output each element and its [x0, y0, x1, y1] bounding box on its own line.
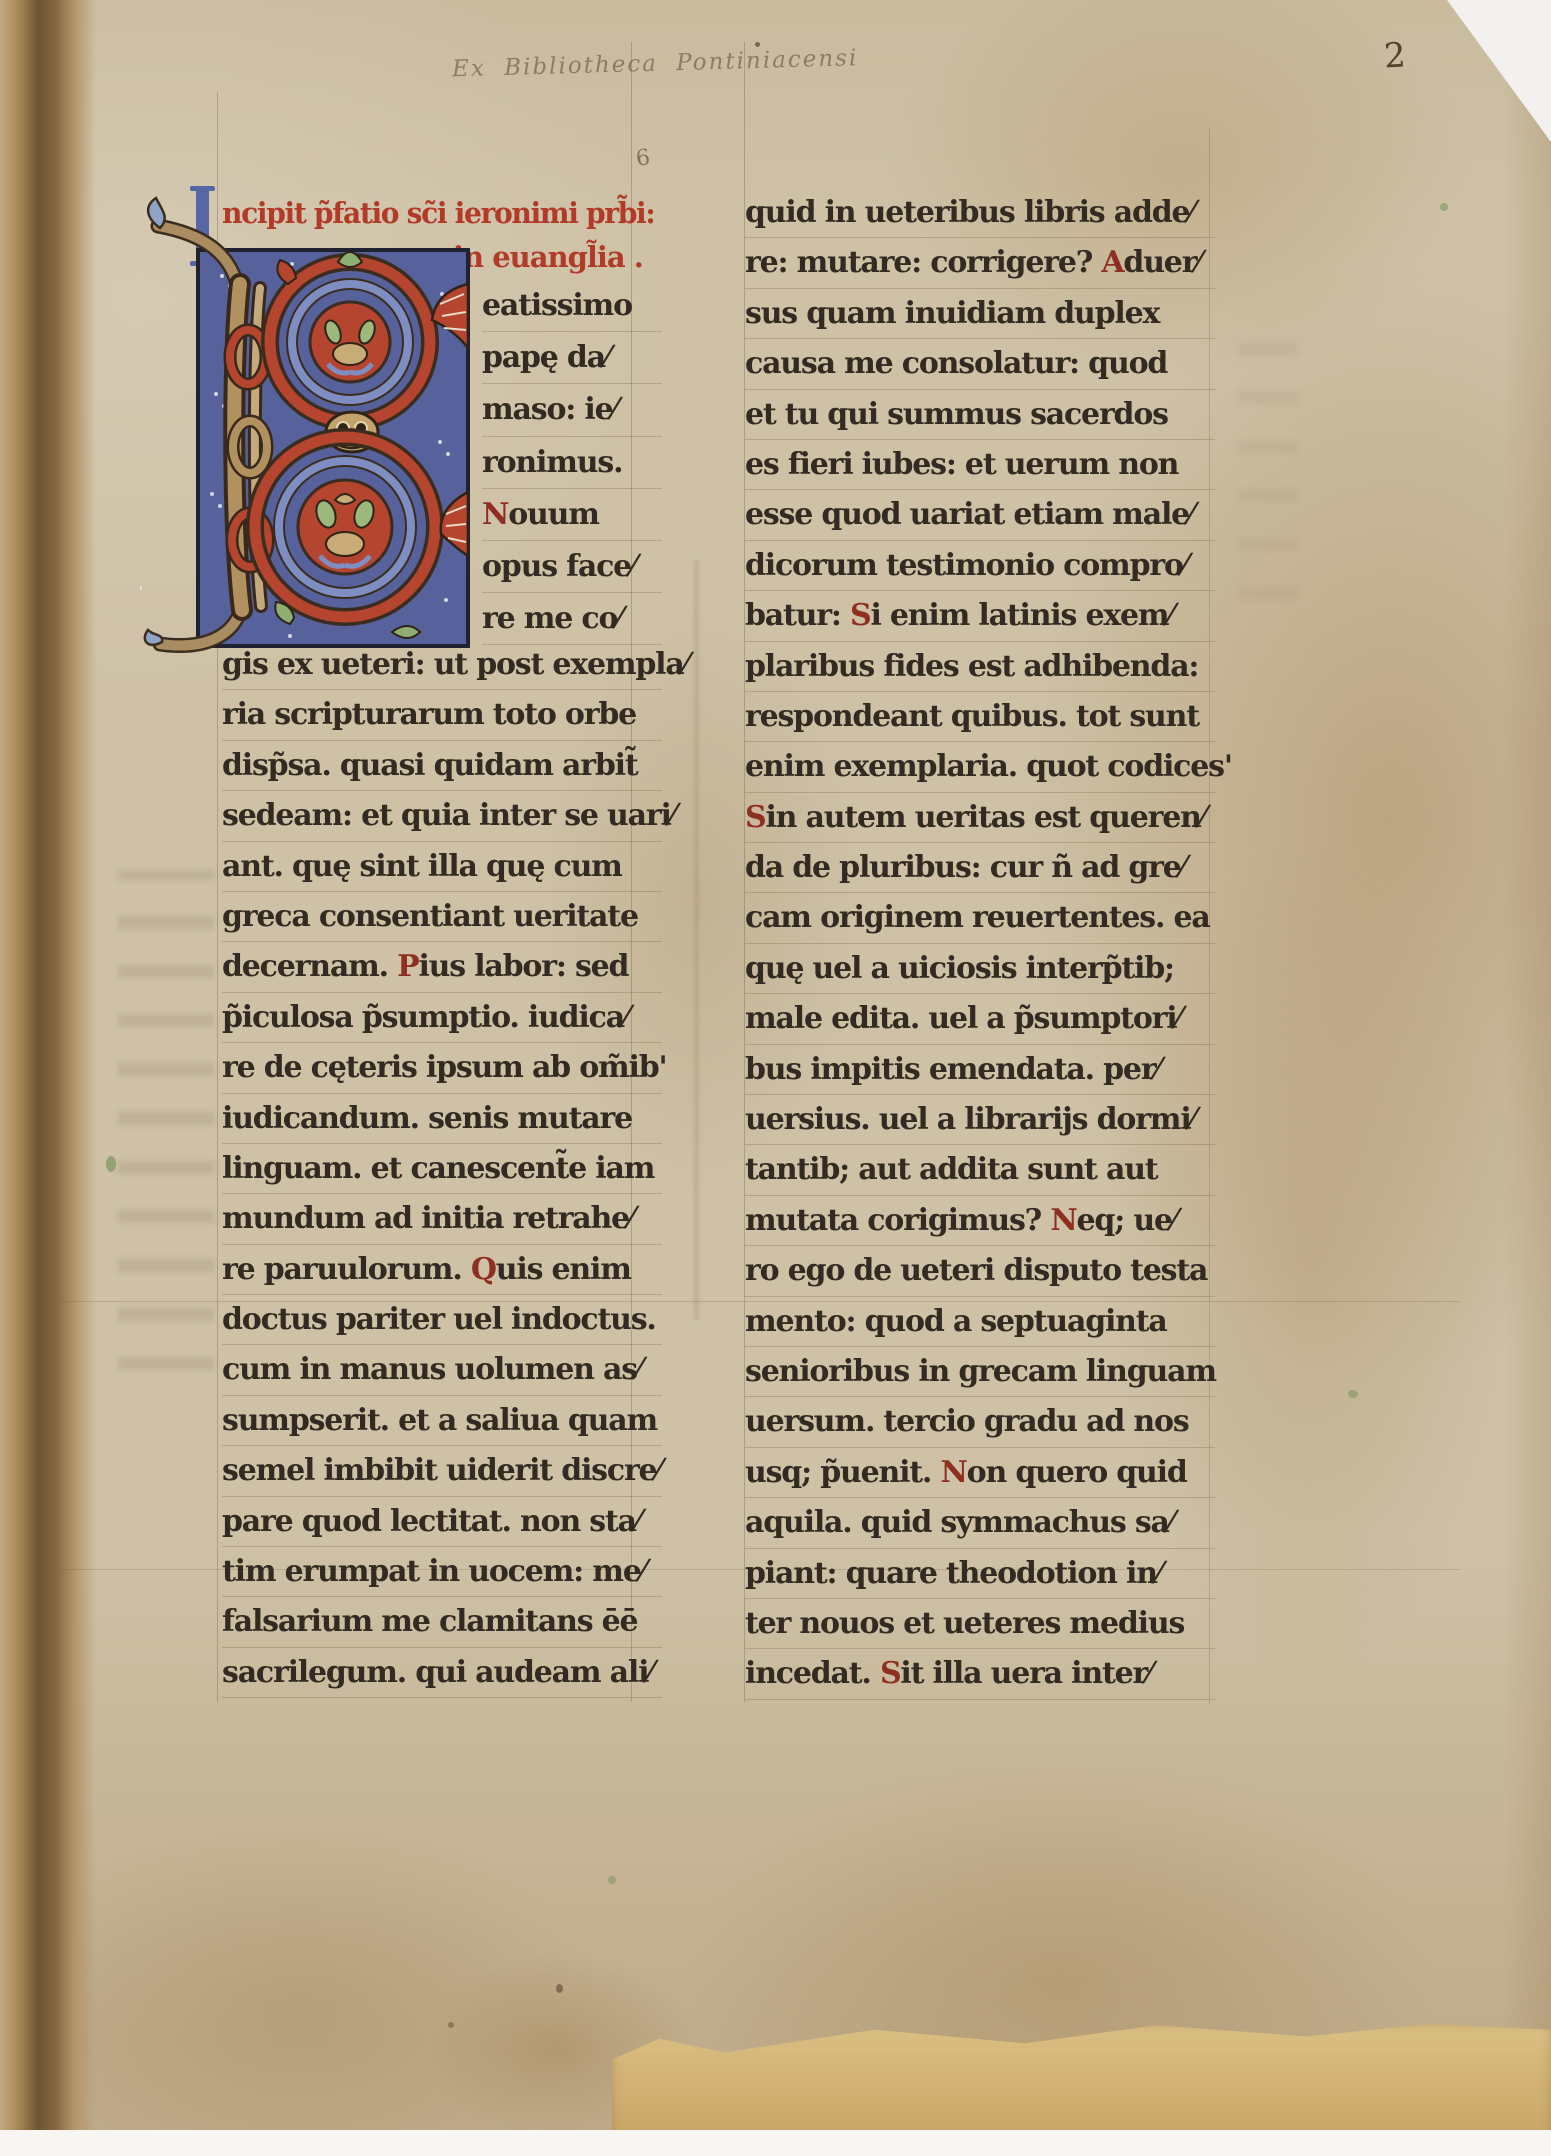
text-line: respondeant quibus. tot sunt [745, 692, 1215, 742]
text-line: ro ego de ueteri disputo testa [745, 1246, 1215, 1296]
illuminated-initial-b-artwork [140, 192, 480, 662]
text-line: pare quod lectitat. non sta⁄ [222, 1497, 662, 1547]
ink-speck [755, 42, 760, 47]
text-line: plaribus fides est adhibenda: [745, 642, 1215, 692]
red-touched-capital: S [745, 800, 765, 835]
red-touched-capital: A [1101, 245, 1123, 280]
text-line: falsarium me clamitans ēē [222, 1597, 662, 1647]
binding-gutter [0, 0, 96, 2130]
text-line: batur: Si enim latinis exem⁄ [745, 591, 1215, 641]
show-through-smudge [1238, 320, 1298, 600]
text-line: et tu qui summus sacerdos [745, 390, 1215, 440]
text-line: esse quod uariat etiam male⁄ [745, 490, 1215, 540]
text-line: enim exemplaria. quot codices' [745, 742, 1215, 792]
text-line: ant. quę sint illa quę cum [222, 842, 662, 892]
text-line: piant: quare theodotion in⁄ [745, 1549, 1215, 1599]
parchment-crease [692, 560, 701, 1320]
text-line: uersum. tercio gradu ad nos [745, 1397, 1215, 1447]
page-corner-deckle-edge [1447, 0, 1551, 142]
manuscript-photo: Ex Bibliotheca Pontiniacensi 2 6 ncipit … [0, 0, 1551, 2156]
illuminated-initial-b [140, 192, 480, 662]
text-line: mento: quod a septuaginta [745, 1297, 1215, 1347]
text-line: re: mutare: corrigere? Aduer⁄ [745, 238, 1215, 288]
green-speck [608, 1876, 616, 1884]
text-line: eatissimo [482, 280, 662, 332]
left-column-indented-lines: eatissimopapę da⁄maso: ie⁄ronimus.Nouumo… [482, 280, 662, 645]
red-touched-capital: Q [471, 1252, 496, 1287]
text-line: iudicandum. senis mutare [222, 1094, 662, 1144]
text-line: sus quam inuidiam duplex [745, 289, 1215, 339]
text-line: Sin autem ueritas est queren⁄ [745, 793, 1215, 843]
text-line: dicorum testimonio compro⁄ [745, 541, 1215, 591]
text-line: sacrilegum. qui audeam ali⁄ [222, 1648, 662, 1698]
text-line: greca consentiant ueritate [222, 892, 662, 942]
parchment-page: Ex Bibliotheca Pontiniacensi 2 6 ncipit … [0, 0, 1551, 2130]
text-line: re paruulorum. Quis enim [222, 1245, 662, 1295]
margin-mark: 6 [634, 145, 651, 172]
text-line: ronimus. [482, 437, 662, 489]
text-line: mutata corigimus? Neq; ue⁄ [745, 1196, 1215, 1246]
text-line: linguam. et canescent̃e iam [222, 1144, 662, 1194]
text-line: papę da⁄ [482, 332, 662, 384]
text-line: da de pluribus: cur ñ ad gre⁄ [745, 843, 1215, 893]
text-line: cum in manus uolumen as⁄ [222, 1345, 662, 1395]
red-touched-capital: N [940, 1455, 966, 1490]
text-line: quid in ueteribus libris adde⁄ [745, 188, 1215, 238]
text-line: male edita. uel a p̃sumptori⁄ [745, 994, 1215, 1044]
text-line: usq; p̃uenit. Non quero quid [745, 1448, 1215, 1498]
text-line: sumpserit. et a saliua quam [222, 1396, 662, 1446]
rubric-line-2: in euangl̃ia . [453, 232, 693, 282]
green-speck [1440, 203, 1448, 211]
show-through-smudge [118, 870, 214, 1370]
green-speck [106, 1156, 116, 1172]
text-line: sedeam: et quia inter se uari⁄ [222, 791, 662, 841]
text-line: quę uel a uiciosis interp̃tib; [745, 944, 1215, 994]
text-line: bus impitis emendata. per⁄ [745, 1045, 1215, 1095]
text-line: gis ex ueteri: ut post exempla⁄ [222, 640, 662, 690]
red-touched-capital: N [1050, 1203, 1076, 1238]
text-line: ria scripturarum toto orbe [222, 690, 662, 740]
text-line: incedat. Sit illa uera inter⁄ [745, 1649, 1215, 1699]
text-line: causa me consolatur: quod [745, 339, 1215, 389]
ex-libris-inscription: Ex Bibliotheca Pontiniacensi [452, 44, 913, 83]
text-line: mundum ad initia retrahe⁄ [222, 1194, 662, 1244]
text-line: Nouum [482, 489, 662, 541]
red-touched-capital: S [880, 1656, 900, 1691]
text-line: uersius. uel a librarijs dormi⁄ [745, 1095, 1215, 1145]
text-line: p̃iculosa p̃sumptio. iudica⁄ [222, 993, 662, 1043]
red-touched-capital: N [482, 497, 508, 532]
text-line: opus face⁄ [482, 541, 662, 593]
text-line: re me co⁄ [482, 593, 662, 645]
text-line: maso: ie⁄ [482, 384, 662, 436]
text-line: es fieri iubes: et uerum non [745, 440, 1215, 490]
text-line: decernam. Pius labor: sed [222, 942, 662, 992]
text-line: ter nouos et ueteres medius [745, 1599, 1215, 1649]
text-line: tim erumpat in uocem: me⁄ [222, 1547, 662, 1597]
text-line: senioribus in grecam linguam [745, 1347, 1215, 1397]
right-column: quid in ueteribus libris adde⁄re: mutare… [745, 188, 1215, 1700]
text-line: tantib; aut addita sunt aut [745, 1145, 1215, 1195]
ink-speck [448, 2022, 454, 2028]
ink-speck [556, 1984, 563, 1993]
text-line: semel imbibit uiderit discre⁄ [222, 1446, 662, 1496]
text-line: doctus pariter uel indoctus. [222, 1295, 662, 1345]
folio-number: 2 [1383, 35, 1407, 76]
text-line: disp̃sa. quasi quidam arbit̃ [222, 741, 662, 791]
left-column: gis ex ueteri: ut post exempla⁄ria scrip… [222, 640, 662, 1698]
parchment-repair-patch [612, 2016, 1551, 2130]
green-speck [1348, 1390, 1358, 1398]
red-touched-capital: P [397, 949, 418, 984]
text-line: re de cęteris ipsum ab om̃ib' [222, 1043, 662, 1093]
red-touched-capital: S [850, 598, 870, 633]
text-line: aquila. quid symmachus sa⁄ [745, 1498, 1215, 1548]
text-line: cam originem reuertentes. ea [745, 893, 1215, 943]
